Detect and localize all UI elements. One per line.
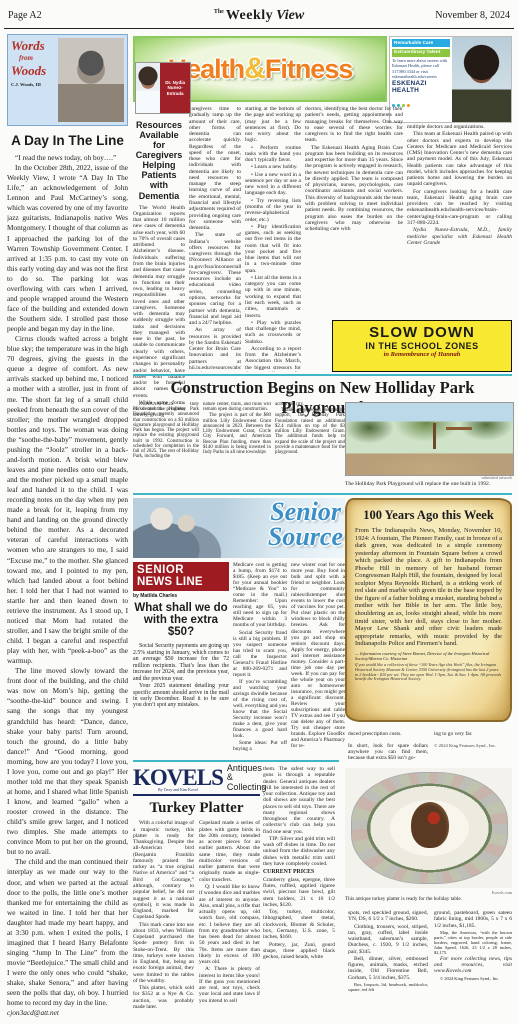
- doctor-photo: [136, 63, 160, 113]
- article-signature: Nydia Nunez-Estrada, M.D., family medici…: [407, 227, 512, 246]
- kovels-column-5: ground, pasteboard, green sateen fabric …: [434, 910, 512, 1020]
- senior-column-1: SENIOR NEWS LINE by Matilda Charles What…: [133, 562, 229, 758]
- slow-down-notice: SLOW DOWN IN THE SCHOOL ZONES in Remembr…: [332, 320, 512, 372]
- columnist-email: cjon3acd@att.net: [7, 1008, 128, 1018]
- kovels-tagline: Antiques & Collecting: [227, 764, 267, 792]
- hundred-years-body: From The Indianapolis News, Monday, Nove…: [355, 527, 502, 648]
- hundred-years-box: 100 Years Ago this Week From The Indiana…: [345, 498, 512, 722]
- section-divider: [133, 493, 512, 495]
- turkey-platter-illustration: [351, 772, 508, 884]
- hundred-years-title: 100 Years Ago this Week: [355, 508, 502, 523]
- kovels-copyright: © 2024 King Features Synd., Inc.: [434, 976, 512, 981]
- senior-headline: What shall we do with the extra $50?: [133, 602, 229, 638]
- columnist-name: C.J. Woods, III: [11, 83, 55, 88]
- article-column-3: starting at the bottom of the page and w…: [245, 106, 301, 372]
- section-divider: [133, 374, 512, 376]
- newspaper-page: Page A2 TheWeeklyView November 8, 2024 W…: [0, 0, 518, 1024]
- ad-body-text: To learn more about careers with Eskenaz…: [392, 58, 450, 79]
- hundred-years-fine-print: If you would like a collection of these …: [355, 663, 502, 682]
- senior-article: SENIOR NEWS LINE by Matilda Charles What…: [133, 562, 345, 758]
- senior-copyright: © 2024 King Features Synd., Inc.: [434, 743, 512, 748]
- masthead-the: The: [214, 9, 224, 15]
- senior-news-line-box: SENIOR NEWS LINE: [133, 562, 229, 591]
- eskenazi-logo: ESKENAZI HEALTH: [392, 80, 450, 94]
- kovels-column-3: them. The safest way to sell guns is thr…: [263, 766, 335, 1020]
- platter-photo-credit: Kovels.com: [345, 890, 512, 895]
- hundred-years-credit: — Information courtesy of Steve Barnet, …: [355, 651, 502, 661]
- dementia-headline: Resources Available for Caregivers Helpi…: [133, 120, 185, 201]
- platter-caption: This antique turkey platter is ready for…: [345, 896, 512, 902]
- senior-couple-photo: [133, 502, 228, 558]
- doctor-byline-box: Dr. Nydia Nunez-Estrada: [135, 62, 191, 114]
- issue-date: November 8, 2024: [435, 10, 510, 21]
- column-headline: A Day In The Line: [7, 133, 128, 148]
- senior-column-5: ing to go very far. © 2024 King Features…: [434, 726, 512, 760]
- holliday-column-2: nature center, trails, and ruins will re…: [203, 402, 271, 492]
- article-column-1: Resources Available for Caregivers Helpi…: [133, 106, 185, 372]
- health-fitness-title: Health&Fitness: [168, 52, 353, 86]
- column-body: “I read the news today, oh boy….”In the …: [7, 153, 128, 1008]
- holliday-column-1: INDIANAPOLIS — Indy Parks and the Hollid…: [133, 402, 199, 492]
- playground-caption: The Holliday Park Playground will replac…: [345, 481, 512, 487]
- senior-source-banner: Senior Source: [133, 498, 345, 558]
- kovels-logo: KOVELS: [133, 768, 223, 788]
- playground-rendering-photo: [345, 402, 514, 476]
- masthead-weekly: Weekly: [226, 8, 273, 23]
- page-header: Page A2 TheWeeklyView November 8, 2024: [8, 4, 510, 26]
- masthead-view: View: [276, 8, 304, 23]
- photo-credit: submitted artwork: [345, 475, 512, 480]
- words-from-woods-column: Words from Woods C.J. Woods, III A Day I…: [7, 34, 128, 1020]
- kovels-column-2: Copeland made a series of plates with ga…: [199, 820, 260, 1011]
- ad-tag-remarkable: Remarkable Care: [392, 39, 450, 47]
- kovels-section: KOVELS By Terry and Kim Kovel Antiques &…: [133, 764, 260, 1020]
- senior-source-title: Senior Source: [268, 500, 341, 549]
- words-from-woods-logo-box: Words from Woods C.J. Woods, III: [7, 34, 128, 126]
- kovels-column-1: With a colorful image of a majestic turk…: [133, 820, 194, 1011]
- senior-column-2: Medicare cost is getting a bump, from $1…: [233, 562, 287, 758]
- kovels-column-4: spots, red speckled ground, signed, YN, …: [348, 910, 428, 1020]
- senior-column-4: duced prescription costs.In short, look …: [348, 726, 428, 760]
- current-prices-header: CURRENT PRICES: [263, 869, 335, 876]
- turkey-platter-headline: Turkey Platter: [133, 800, 260, 817]
- header-rule: [4, 28, 514, 29]
- kovels-logo-row: KOVELS By Terry and Kim Kovel Antiques &…: [133, 764, 260, 796]
- senior-column-3: new winter coat for one more year. Buy f…: [291, 562, 345, 758]
- turkey-platter-photo: [345, 768, 512, 888]
- columnist-photo: [58, 38, 124, 122]
- ad-tag-extraordinary: Extraordinary Talent: [392, 49, 450, 57]
- doctor-name: Dr. Nydia Nunez-Estrada: [160, 63, 190, 113]
- holliday-column-3: across the city.Thanks to generous commu…: [275, 402, 345, 492]
- holliday-article: INDIANAPOLIS — Indy Parks and the Hollid…: [133, 402, 345, 492]
- article-column-2: caregivers time to gradually ramp up the…: [189, 106, 241, 372]
- section-divider: [133, 760, 339, 762]
- column-logo: Words from Woods C.J. Woods, III: [11, 38, 55, 122]
- kovels-footer: For more collecting news, tips and resou…: [434, 956, 512, 975]
- senior-byline: by Matilda Charles: [133, 593, 229, 599]
